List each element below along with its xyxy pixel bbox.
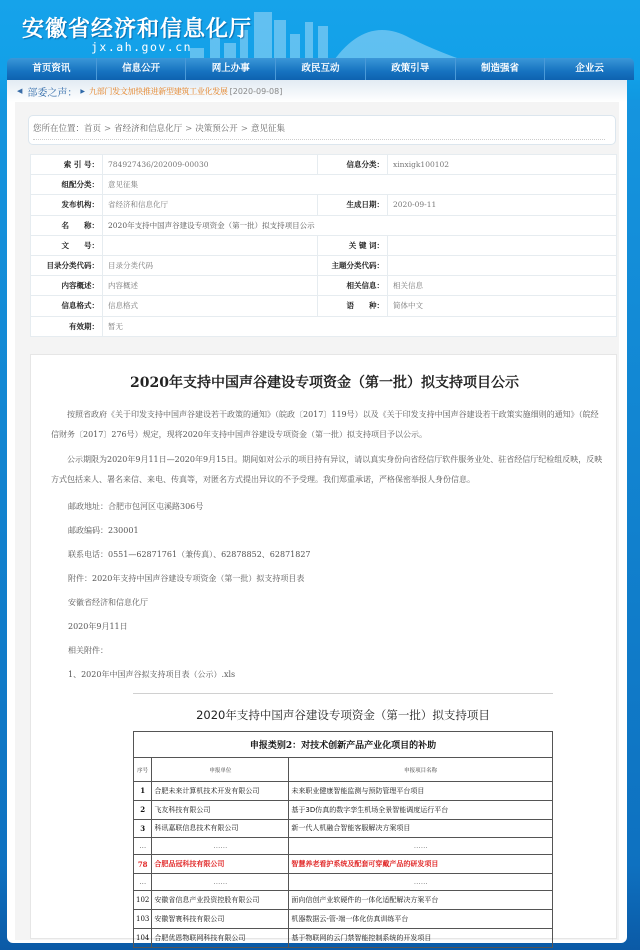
notice-date: [2020-09-08] [230, 87, 283, 96]
article-paragraph-1: 按照省政府《关于印发支持中国声谷建设若干政策的通知》（皖政〔2017〕119号）… [51, 405, 606, 445]
main-nav: 首页资讯 信息公开 网上办事 政民互动 政策引导 制造强省 企业云 [7, 58, 634, 80]
table-row: 104 合肥优恩物联网科技有限公司 基于物联网的云门禁智能控制系统的开发项目 [134, 928, 553, 947]
bullet-arrow-icon: ▶ [80, 88, 85, 95]
publisher-label: 发布机构： [31, 195, 103, 215]
keywords-value [388, 235, 617, 255]
article-body: 2020年支持中国声谷建设专项资金（第一批）拟支持项目公示 按照省政府《关于印发… [30, 354, 617, 939]
site-title[interactable]: 安徽省经济和信息化厅 [22, 12, 252, 43]
breadcrumb-divider [33, 139, 605, 140]
nav-item-home-news[interactable]: 首页资讯 [7, 58, 97, 80]
index-no-value: 784927436/202009-00030 [103, 155, 318, 175]
row-no: … [134, 874, 152, 891]
row-unit: 飞友科技有限公司 [152, 800, 289, 819]
breadcrumb-decision-disclosure[interactable]: 决策预公开 [195, 124, 238, 134]
attachment-file-link[interactable]: 1、2020年中国声谷拟支持项目表（公示）.xls [68, 669, 235, 680]
nav-item-manufacturing[interactable]: 制造强省 [456, 58, 546, 80]
topic-code-label: 主题分类代码： [318, 255, 388, 275]
row-no: 103 [134, 909, 152, 928]
group-category-value: 意见征集 [103, 175, 617, 195]
project-table: 申报类别2：对技术创新产品产业化项目的补助 序号 申报单位 申报项目名称 1 合… [133, 731, 553, 948]
article-title: 2020年支持中国声谷建设专项资金（第一批）拟支持项目公示 [31, 372, 618, 392]
language-value: 简体中文 [388, 296, 617, 316]
notice-bar: ◀ 部委之声： ▶ 九部门发文加快推进新型建筑工业化发展 [2020-09-08… [7, 80, 627, 102]
category-title: 申报类别2：对技术创新产品产业化项目的补助 [134, 732, 553, 758]
meta-row: 发布机构： 省经济和信息化厅 生成日期： 2020-09-11 [31, 195, 617, 215]
issuing-org: 安徽省经济和信息化厅 [68, 597, 148, 608]
nav-item-enterprise-cloud[interactable]: 企业云 [545, 58, 634, 80]
info-category-label: 信息分类： [318, 155, 388, 175]
table-row: 103 安徽智寰科技有限公司 机器数据云-管-端一体化仿真训练平台 [134, 909, 553, 928]
breadcrumb-separator: > [185, 124, 192, 134]
related-attachments-label: 相关附件： [68, 645, 108, 656]
content-area: 您所在位置：首页>省经济和信息化厅>决策预公开>意见征集 索 引 号： 7849… [15, 102, 619, 940]
attachment-note: 附件：2020年支持中国声谷建设专项资金（第一批）拟支持项目表 [68, 573, 304, 584]
category-row: 申报类别2：对技术创新产品产业化项目的补助 [134, 732, 553, 758]
table-row-highlighted: 78 合肥品冠科技有限公司 智慧养老看护系统及配套可穿戴产品的研发项目 [134, 855, 553, 874]
catalog-code-value: 目录分类代码 [103, 255, 318, 275]
meta-row: 名 称： 2020年支持中国声谷建设专项资金（第一批）拟支持项目公示 [31, 215, 617, 235]
table-row: 3 科讯嘉联信息技术有限公司 新一代人机融合智能客服解决方案项目 [134, 819, 553, 838]
validity-value: 暂无 [103, 316, 617, 336]
row-project: 基于3D仿真的数字孪生机场全景智能调度运行平台 [289, 800, 553, 819]
meta-row: 内容概述： 内容概述 相关信息： 相关信息 [31, 276, 617, 296]
row-unit: 科讯嘉联信息技术有限公司 [152, 819, 289, 838]
row-project: 智慧养老看护系统及配套可穿戴产品的研发项目 [289, 855, 553, 874]
breadcrumb-separator: > [241, 124, 248, 134]
row-project: …… [289, 838, 553, 855]
row-project: 机器数据云-管-端一体化仿真训练平台 [289, 909, 553, 928]
page-container: ◀ 部委之声： ▶ 九部门发文加快推进新型建筑工业化发展 [2020-09-08… [7, 80, 627, 943]
created-date-label: 生成日期： [318, 195, 388, 215]
row-no: 1 [134, 782, 152, 801]
catalog-code-label: 目录分类代码： [31, 255, 103, 275]
table-row-ellipsis: … …… …… [134, 874, 553, 891]
table-row-ellipsis: … …… …… [134, 838, 553, 855]
meta-row: 有效期： 暂无 [31, 316, 617, 336]
info-category-value: xinxigk100102 [388, 155, 617, 175]
table-row: 1 合肥未来计算机技术开发有限公司 未来职业健康智能监测与预防管理平台项目 [134, 782, 553, 801]
doc-no-value [103, 235, 318, 255]
header-row: 序号 申报单位 申报项目名称 [134, 758, 553, 782]
breadcrumb-home[interactable]: 首页 [84, 124, 101, 134]
row-project: 新一代人机融合智能客服解决方案项目 [289, 819, 553, 838]
nav-item-interaction[interactable]: 政民互动 [276, 58, 366, 80]
meta-row: 目录分类代码： 目录分类代码 主题分类代码： [31, 255, 617, 275]
related-info-label: 相关信息： [318, 276, 388, 296]
language-label: 语 种： [318, 296, 388, 316]
related-info-value: 相关信息 [388, 276, 617, 296]
name-label: 名 称： [31, 215, 103, 235]
created-date-value: 2020-09-11 [388, 195, 617, 215]
row-project: 面向信创产业软硬件的一体化适配解决方案平台 [289, 891, 553, 910]
table-divider [133, 693, 553, 694]
format-label: 信息格式： [31, 296, 103, 316]
name-value: 2020年支持中国声谷建设专项资金（第一批）拟支持项目公示 [103, 215, 617, 235]
row-project: …… [289, 874, 553, 891]
issue-date: 2020年9月11日 [68, 621, 128, 632]
row-unit: 合肥未来计算机技术开发有限公司 [152, 782, 289, 801]
format-value: 信息格式 [103, 296, 318, 316]
left-arrow-icon[interactable]: ◀ [17, 87, 22, 95]
meta-row: 索 引 号： 784927436/202009-00030 信息分类： xinx… [31, 155, 617, 175]
row-no: 104 [134, 928, 152, 947]
row-no: 102 [134, 891, 152, 910]
breadcrumb-opinion-collection[interactable]: 意见征集 [251, 124, 285, 134]
row-project: 未来职业健康智能监测与预防管理平台项目 [289, 782, 553, 801]
row-no: 3 [134, 819, 152, 838]
breadcrumb: 您所在位置：首页>省经济和信息化厅>决策预公开>意见征集 [28, 115, 616, 145]
row-unit: …… [152, 874, 289, 891]
row-unit: 安徽智寰科技有限公司 [152, 909, 289, 928]
publisher-value: 省经济和信息化厅 [103, 195, 318, 215]
meta-row: 组配分类： 意见征集 [31, 175, 617, 195]
topic-code-value [388, 255, 617, 275]
group-category-label: 组配分类： [31, 175, 103, 195]
doc-no-label: 文 号： [31, 235, 103, 255]
meta-row: 信息格式： 信息格式 语 种： 简体中文 [31, 296, 617, 316]
summary-label: 内容概述： [31, 276, 103, 296]
row-no: 78 [134, 855, 152, 874]
row-no: … [134, 838, 152, 855]
postal-address: 邮政地址：合肥市包河区屯溪路306号 [68, 501, 203, 512]
row-project: 基于物联网的云门禁智能控制系统的开发项目 [289, 928, 553, 947]
validity-label: 有效期： [31, 316, 103, 336]
summary-value: 内容概述 [103, 276, 318, 296]
header-project: 申报项目名称 [289, 758, 553, 782]
site-url: jx.ah.gov.cn [91, 40, 192, 54]
metadata-table: 索 引 号： 784927436/202009-00030 信息分类： xinx… [30, 154, 617, 337]
index-no-label: 索 引 号： [31, 155, 103, 175]
row-unit: 合肥优恩物联网科技有限公司 [152, 928, 289, 947]
nav-item-online-services[interactable]: 网上办事 [186, 58, 276, 80]
notice-label: 部委之声： [27, 84, 77, 99]
notice-link[interactable]: 九部门发文加快推进新型建筑工业化发展 [89, 86, 228, 97]
table-row: 102 安徽省信息产业投资控股有限公司 面向信创产业软硬件的一体化适配解决方案平… [134, 891, 553, 910]
header-unit: 申报单位 [152, 758, 289, 782]
contact-phone: 联系电话：0551—62871761（兼传真）、62878852、6287182… [68, 549, 311, 560]
table-row: 2 飞友科技有限公司 基于3D仿真的数字孪生机场全景智能调度运行平台 [134, 800, 553, 819]
keywords-label: 关 键 词： [318, 235, 388, 255]
row-unit: …… [152, 838, 289, 855]
nav-item-info-disclosure[interactable]: 信息公开 [97, 58, 187, 80]
row-unit: 安徽省信息产业投资控股有限公司 [152, 891, 289, 910]
row-unit: 合肥品冠科技有限公司 [152, 855, 289, 874]
meta-row: 文 号： 关 键 词： [31, 235, 617, 255]
row-no: 2 [134, 800, 152, 819]
project-table-title: 2020年支持中国声谷建设专项资金（第一批）拟支持项目 [133, 707, 553, 723]
nav-item-policy-guide[interactable]: 政策引导 [366, 58, 456, 80]
breadcrumb-prefix: 您所在位置： [33, 124, 84, 134]
article-paragraph-2: 公示期限为2020年9月11日—2020年9月15日。期间如对公示的项目持有异议… [51, 450, 606, 490]
breadcrumb-separator: > [104, 124, 111, 134]
breadcrumb-department[interactable]: 省经济和信息化厅 [114, 124, 182, 134]
postal-code: 邮政编码：230001 [68, 525, 139, 536]
header-no: 序号 [134, 758, 152, 782]
